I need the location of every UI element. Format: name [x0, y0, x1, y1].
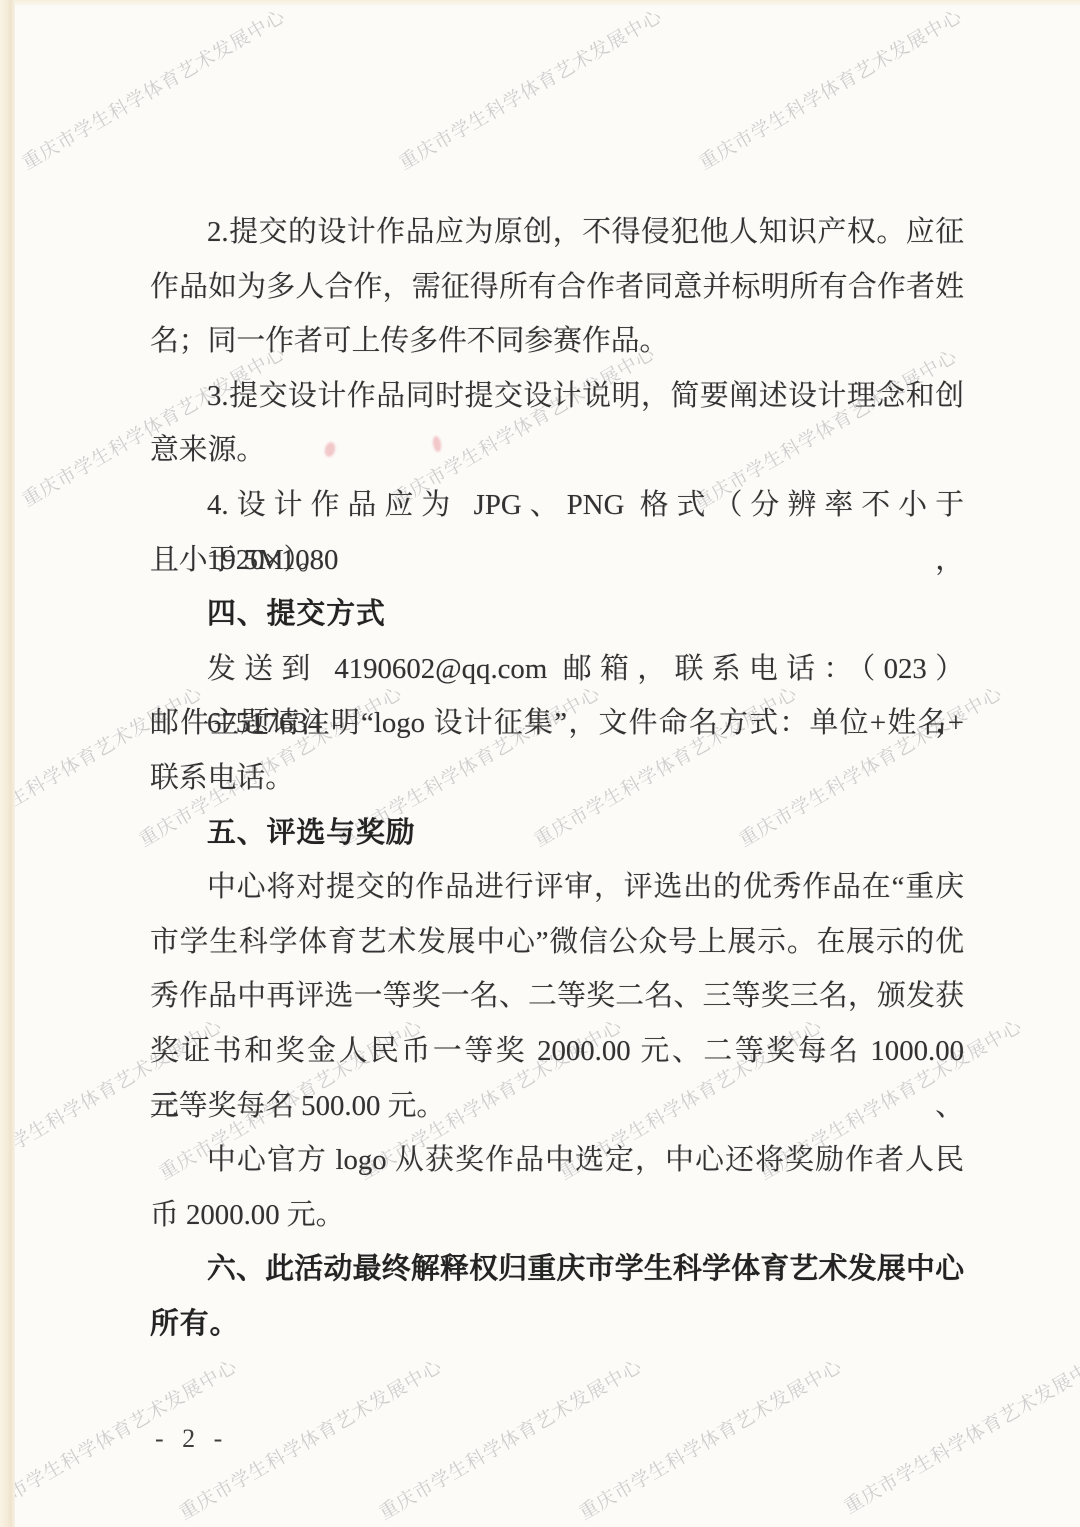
- text-line: 奖证书和奖金人民币一等奖 2000.00 元、二等奖每名 1000.00 元、: [150, 1024, 964, 1079]
- text-line: 联系电话。: [150, 751, 964, 806]
- watermark-text: 重庆市学生科学体育艺术发展中心: [838, 1346, 1080, 1519]
- watermark-text: 重庆市学生科学体育艺术发展中心: [393, 2, 666, 175]
- document-body: 2.提交的设计作品应为原创，不得侵犯他人知识产权。应征作品如为多人合作，需征得所…: [150, 205, 964, 1351]
- scan-edge-top: [0, 0, 1080, 6]
- text-line: 3.提交设计作品同时提交设计说明，简要阐述设计理念和创: [150, 369, 964, 424]
- section-heading-line: 五、评选与奖励: [150, 806, 964, 861]
- section-heading-line: 六、此活动最终解释权归重庆市学生科学体育艺术发展中心: [150, 1242, 964, 1297]
- text-line: 2.提交的设计作品应为原创，不得侵犯他人知识产权。应征: [150, 205, 964, 260]
- text-line: 4.设计作品应为 JPG、PNG 格式（分辨率不小于 1920×1080，: [150, 478, 964, 533]
- text-line: 发送到 4190602@qq.com 邮箱，联系电话：（023）67517634…: [150, 642, 964, 697]
- watermark-text: 重庆市学生科学体育艺术发展中心: [373, 1352, 646, 1525]
- text-line: 邮件主题请注明“logo 设计征集”，文件命名方式：单位+姓名+: [150, 696, 964, 751]
- text-line: 秀作品中再评选一等奖一名、二等奖二名、三等奖三名，颁发获: [150, 969, 964, 1024]
- text-line: 中心官方 logo 从获奖作品中选定，中心还将奖励作者人民: [150, 1133, 964, 1188]
- scan-edge-left: [0, 0, 15, 1527]
- section-heading-line: 四、提交方式: [150, 587, 964, 642]
- text-line: 名；同一作者可上传多件不同参赛作品。: [150, 314, 964, 369]
- watermark-text: 重庆市学生科学体育艺术发展中心: [16, 2, 289, 175]
- text-line: 意来源。: [150, 423, 964, 478]
- text-line: 币 2000.00 元。: [150, 1188, 964, 1243]
- scanned-document-page: 重庆市学生科学体育艺术发展中心重庆市学生科学体育艺术发展中心重庆市学生科学体育艺…: [0, 0, 1080, 1527]
- watermark-text: 重庆市学生科学体育艺术发展中心: [573, 1352, 846, 1525]
- section-heading-line: 所有。: [150, 1297, 964, 1352]
- page-number-label: - 2 -: [155, 1424, 228, 1454]
- watermark-text: 重庆市学生科学体育艺术发展中心: [693, 2, 966, 175]
- text-line: 市学生科学体育艺术发展中心”微信公众号上展示。在展示的优: [150, 915, 964, 970]
- text-line: 中心将对提交的作品进行评审，评选出的优秀作品在“重庆: [150, 860, 964, 915]
- text-line: 作品如为多人合作，需征得所有合作者同意并标明所有合作者姓: [150, 260, 964, 315]
